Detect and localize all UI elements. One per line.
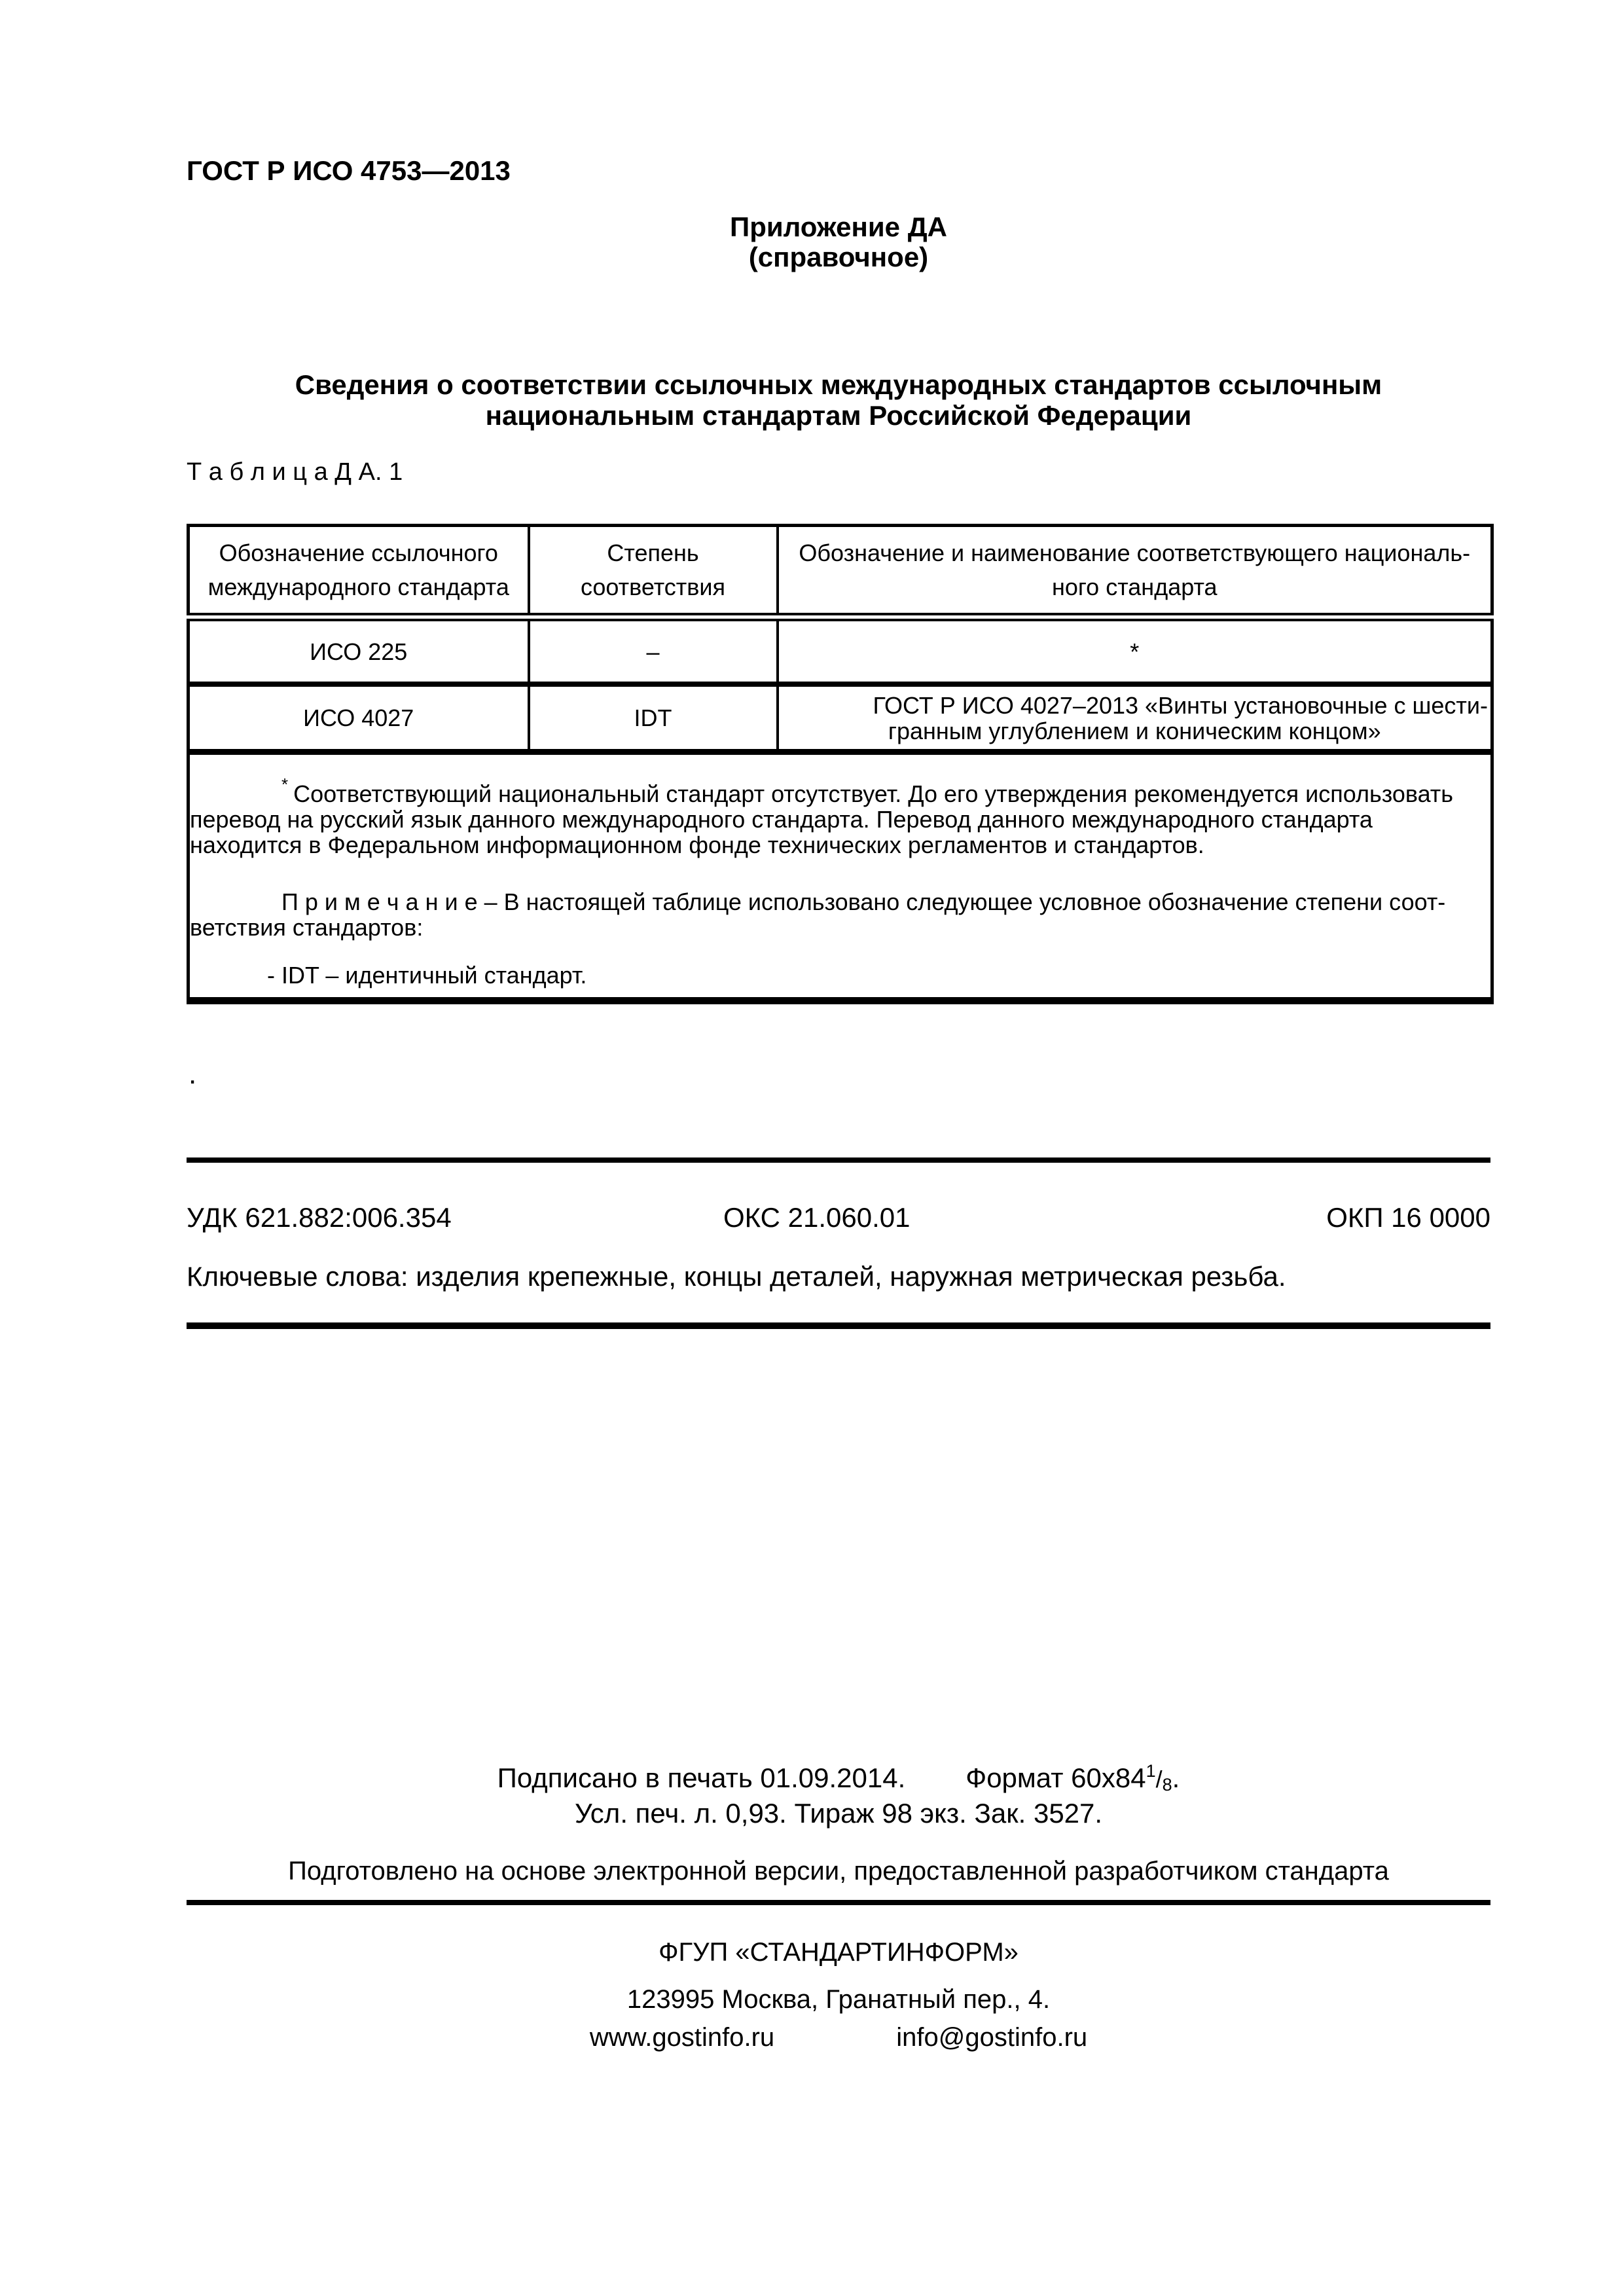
- document-code: ГОСТ Р ИСО 4753—2013: [187, 156, 1490, 186]
- footnote-line1: *Соответствующий национальный стандарт о…: [190, 772, 1490, 807]
- header-degree: Степень соответствия: [529, 526, 778, 617]
- note-line2: ветствия стандартов:: [190, 915, 1490, 940]
- format-slash: /: [1156, 1766, 1163, 1793]
- okp-code: ОКП 16 0000: [1326, 1202, 1490, 1233]
- appendix-title: Сведения о соответствии ссылочных междун…: [187, 369, 1490, 431]
- imprint-line2: Усл. печ. л. 0,93. Тираж 98 экз. Зак. 35…: [187, 1798, 1490, 1829]
- paper-format: Формат 60х841/8.: [965, 1762, 1180, 1793]
- publisher-email-link[interactable]: info@gostinfo.ru: [896, 2023, 1087, 2052]
- publisher-links: www.gostinfo.ru info@gostinfo.ru: [187, 2023, 1490, 2052]
- appendix-kind: (справочное): [187, 242, 1490, 272]
- header-national-line2: ного стандарта: [783, 570, 1487, 604]
- note-line1: П р и м е ч а н и е – В настоящей таблиц…: [190, 889, 1490, 915]
- format-prefix: Формат 60х84: [965, 1762, 1146, 1793]
- cell-degree: –: [529, 617, 778, 685]
- appendix-label: Приложение ДА: [187, 212, 1490, 242]
- appendix-heading: Приложение ДА (справочное): [187, 212, 1490, 272]
- format-period: .: [1172, 1762, 1180, 1793]
- header-national-standard: Обозначение и наименование соответствующ…: [778, 526, 1492, 617]
- cell-national: ГОСТ Р ИСО 4027–2013 «Винты установочные…: [778, 684, 1492, 752]
- table-caption: Т а б л и ц а Д А. 1: [187, 458, 1490, 486]
- cell-national-line2: гранным углублением и коническим концом»: [779, 718, 1491, 744]
- footnote-asterisk: *: [281, 772, 288, 797]
- footnote-line2: перевод на русский язык данного междунар…: [190, 807, 1490, 832]
- udk-code: УДК 621.882:006.354: [187, 1202, 452, 1233]
- horizontal-rule: [187, 1322, 1490, 1329]
- table-row: ИСО 225 – *: [189, 617, 1492, 685]
- cell-national: *: [778, 617, 1492, 685]
- table-row: ИСО 4027 IDT ГОСТ Р ИСО 4027–2013 «Винты…: [189, 684, 1492, 752]
- horizontal-rule: [187, 1157, 1490, 1163]
- appendix-title-line2: национальным стандартам Российской Федер…: [187, 400, 1490, 431]
- cell-designation: ИСО 4027: [189, 684, 529, 752]
- oks-code: ОКС 21.060.01: [723, 1202, 911, 1233]
- correspondence-table: Обозначение ссылочного международного ст…: [187, 524, 1494, 1004]
- footnote-line3: находится в Федеральном информационном ф…: [190, 832, 1490, 858]
- appendix-title-line1: Сведения о соответствии ссылочных междун…: [187, 369, 1490, 400]
- document-page: ГОСТ Р ИСО 4753—2013 Приложение ДА (спра…: [0, 0, 1624, 2296]
- imprint-line1: Подписано в печать 01.09.2014.Формат 60х…: [187, 1761, 1490, 1795]
- footnote: *Соответствующий национальный стандарт о…: [190, 755, 1490, 858]
- table-note: П р и м е ч а н и е – В настоящей таблиц…: [190, 889, 1490, 940]
- publisher-name: ФГУП «СТАНДАРТИНФОРМ»: [187, 1938, 1490, 1967]
- cell-designation: ИСО 225: [189, 617, 529, 685]
- table-footnote-cell: *Соответствующий национальный стандарт о…: [189, 752, 1492, 1001]
- table-footnote-row: *Соответствующий национальный стандарт о…: [189, 752, 1492, 1001]
- format-denominator: 8: [1163, 1775, 1172, 1795]
- table-header-row: Обозначение ссылочного международного ст…: [189, 526, 1492, 617]
- stray-dot: .: [189, 1058, 196, 1091]
- footnote-text1: Соответствующий национальный стандарт от…: [293, 780, 1453, 807]
- publisher-address: 123995 Москва, Гранатный пер., 4.: [187, 1985, 1490, 2014]
- idt-definition: - IDT – идентичный стандарт.: [190, 962, 1490, 988]
- cell-degree: IDT: [529, 684, 778, 752]
- keywords-line: Ключевые слова: изделия крепежные, концы…: [187, 1261, 1490, 1292]
- publisher-website-link[interactable]: www.gostinfo.ru: [590, 2023, 774, 2052]
- header-international-standard: Обозначение ссылочного международного ст…: [189, 526, 529, 617]
- signed-to-print: Подписано в печать 01.09.2014.: [497, 1762, 906, 1793]
- prepared-note: Подготовлено на основе электронной верси…: [187, 1857, 1490, 1886]
- horizontal-rule: [187, 1900, 1490, 1905]
- header-national-line1: Обозначение и наименование соответствующ…: [783, 536, 1487, 570]
- classification-codes: УДК 621.882:006.354 ОКС 21.060.01 ОКП 16…: [187, 1202, 1490, 1235]
- cell-national-line1: ГОСТ Р ИСО 4027–2013 «Винты установочные…: [779, 693, 1491, 718]
- format-numerator: 1: [1146, 1761, 1156, 1781]
